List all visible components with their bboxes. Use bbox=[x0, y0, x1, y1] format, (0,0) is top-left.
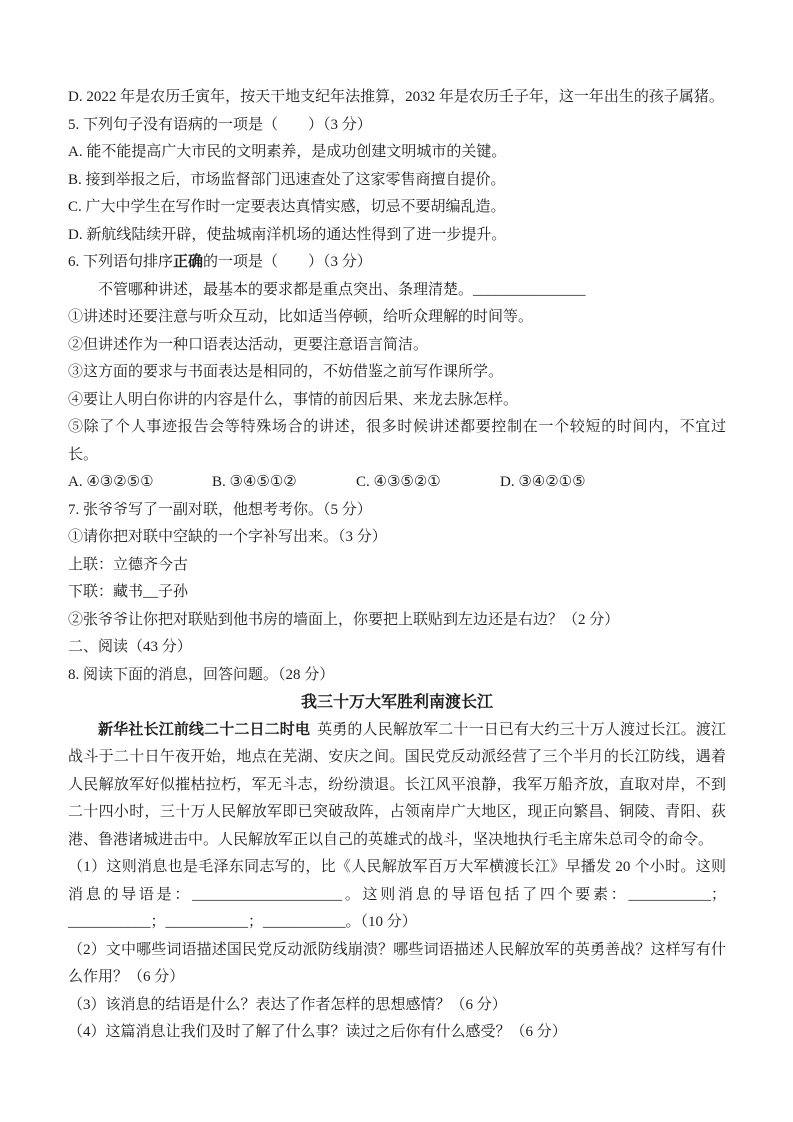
question-6-sentence-4: ④要让人明白你讲的内容是什么，事情的前因后果、来龙去脉怎样。 bbox=[68, 387, 726, 415]
question-6-stem-prefix: 6. 下列语句排序 bbox=[68, 254, 173, 270]
question-6-lead-text: 不管哪种讲述，最基本的要求都是重点突出、条理清楚。 bbox=[98, 282, 473, 298]
question-5-option-d: D. 新航线陆续开辟，使盐城南洋机场的通达性得到了进一步提升。 bbox=[68, 222, 726, 250]
question-7-upper-couplet: 上联：立德齐今古 bbox=[68, 552, 726, 580]
question-8-sub2: （2）文中哪些词语描述国民党反动派防线崩溃？哪些词语描述人民解放军的英勇善战？这… bbox=[68, 937, 726, 992]
question-8-sub1: （1）这则消息也是毛泽东同志写的，比《人民解放军百万大军横渡长江》早播发 20 … bbox=[68, 854, 726, 937]
question-7-stem: 7. 张爷爷写了一副对联，他想考考你。（5 分） bbox=[68, 497, 726, 525]
news-article-body: 新华社长江前线二十二日二时电英勇的人民解放军二十一日已有大约三十万人渡过长江。渡… bbox=[68, 717, 726, 855]
question-8-stem: 8. 阅读下面的消息，回答问题。（28 分） bbox=[68, 662, 726, 690]
question-7-sub2: ②张爷爷让你把对联贴到他书房的墙面上，你要把上联贴到左边还是右边？（2 分） bbox=[68, 607, 726, 635]
exam-document-page: D. 2022 年是农历壬寅年，按天干地支纪年法推算，2032 年是农历壬子年，… bbox=[0, 0, 793, 1122]
question-6-stem: 6. 下列语句排序正确的一项是（ ）（3 分） bbox=[68, 249, 726, 277]
question-6-sentence-2: ②但讲述作为一种口语表达活动，更要注意语言简洁。 bbox=[68, 332, 726, 360]
question-7-sub1: ①请你把对联中空缺的一个字补写出来。（3 分） bbox=[68, 524, 726, 552]
question-6-lead-blank: _______________ bbox=[473, 282, 586, 298]
question-6-option-b: B. ③④⑤①② bbox=[212, 469, 356, 497]
question-7-lower-prefix: 下联：藏书 bbox=[68, 584, 143, 600]
question-8-sub3: （3）该消息的结语是什么？表达了作者怎样的思想感情？（6 分） bbox=[68, 992, 726, 1020]
question-7-lower-couplet: 下联：藏书__子孙 bbox=[68, 579, 726, 607]
question-7-lower-suffix: 子孙 bbox=[158, 584, 188, 600]
question-5-option-b: B. 接到举报之后，市场监督部门迅速查处了这家零售商擅自提价。 bbox=[68, 167, 726, 195]
question-5-option-a: A. 能不能提高广大市民的文明素养，是成功创建文明城市的关键。 bbox=[68, 139, 726, 167]
question-8-sub4: （4）这篇消息让我们及时了解了什么事？读过之后你有什么感受？（6 分） bbox=[68, 1019, 726, 1047]
question-5-option-c: C. 广大中学生在写作时一定要表达真情实感，切忌不要胡编乱造。 bbox=[68, 194, 726, 222]
question-6-sentence-3: ③这方面的要求与书面表达是相同的，不妨借鉴之前写作课所学。 bbox=[68, 359, 726, 387]
question-6-option-d: D. ③④②①⑤ bbox=[500, 469, 586, 497]
question-6-stem-suffix: 的一项是（ ）（3 分） bbox=[203, 254, 372, 270]
question-6-lead-in: 不管哪种讲述，最基本的要求都是重点突出、条理清楚。_______________ bbox=[68, 277, 726, 305]
question-6-sentence-1: ①讲述时还要注意与听众互动，比如适当停顿，给听众理解的时间等。 bbox=[68, 304, 726, 332]
question-7-lower-blank: __ bbox=[143, 584, 158, 600]
question-6-sentence-5: ⑤除了个人事迹报告会等特殊场合的讲述，很多时候讲述都要控制在一个较短的时间内，不… bbox=[68, 414, 726, 469]
question-6-option-a: A. ④③②⑤① bbox=[68, 469, 212, 497]
news-article-title: 我三十万大军胜利南渡长江 bbox=[68, 689, 726, 717]
news-dateline: 新华社长江前线二十二日二时电 bbox=[98, 722, 310, 738]
question-5-stem: 5. 下列句子没有语病的一项是（ ）（3 分） bbox=[68, 112, 726, 140]
section-reading-heading: 二、阅读（43 分） bbox=[68, 634, 726, 662]
question-6-option-c: C. ④③⑤②① bbox=[356, 469, 500, 497]
question-6-stem-bold: 正确 bbox=[173, 254, 203, 270]
news-body-text: 英勇的人民解放军二十一日已有大约三十万人渡过长江。渡江战斗于二十日午夜开始，地点… bbox=[68, 722, 726, 848]
question-6-options-row: A. ④③②⑤①B. ③④⑤①②C. ④③⑤②①D. ③④②①⑤ bbox=[68, 469, 726, 497]
exam-content: D. 2022 年是农历壬寅年，按天干地支纪年法推算，2032 年是农历壬子年，… bbox=[68, 84, 726, 1047]
question-4-option-d: D. 2022 年是农历壬寅年，按天干地支纪年法推算，2032 年是农历壬子年，… bbox=[68, 84, 726, 112]
